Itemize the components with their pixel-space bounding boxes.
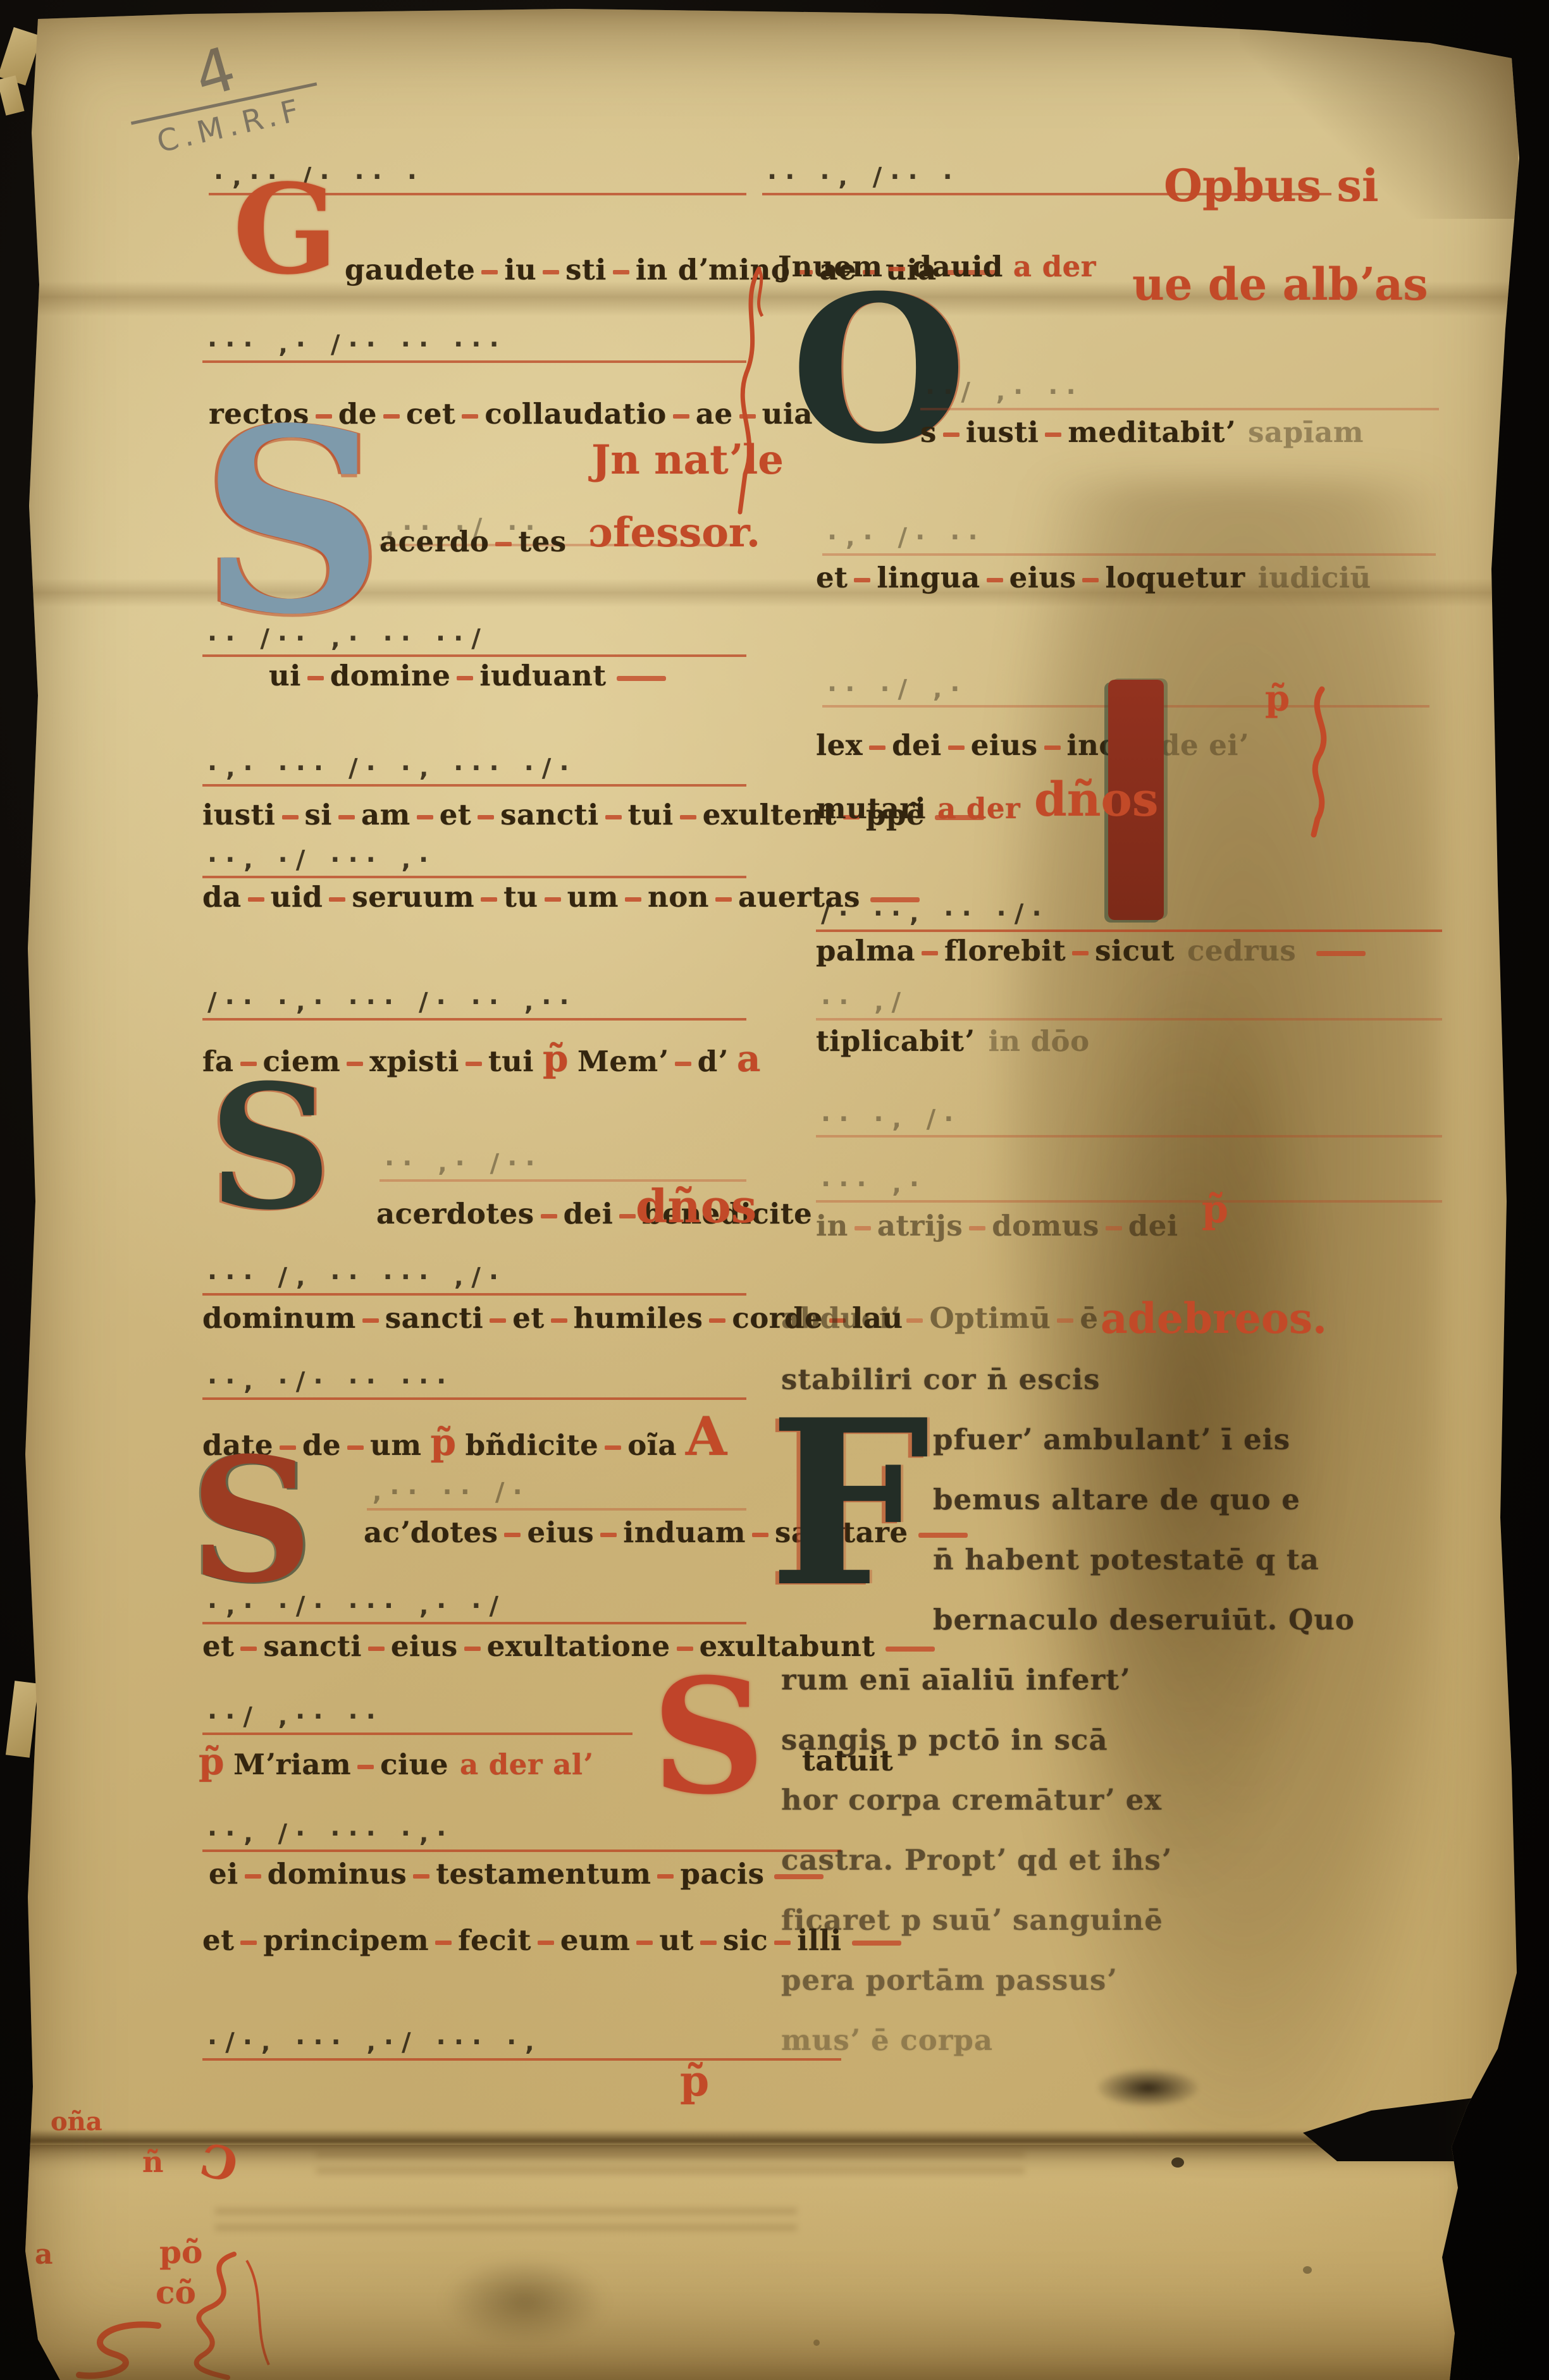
- antiphon-marks: a der: [1013, 250, 1096, 283]
- epistle-prose-line: ficaret p suūʼ sanguinē: [781, 1903, 1163, 1937]
- faded-words: sapīam: [1248, 415, 1364, 449]
- chant-words: siustimeditabitʼ: [920, 415, 1235, 449]
- psalm-sign: p̃: [1265, 678, 1290, 720]
- chant-text-line: dauidseruumtuumnonauertas: [202, 880, 920, 914]
- neumes: ‚·∙ ∙∙ ∕·: [372, 1478, 531, 1507]
- epistle-text-line: abduciʼOptimūē: [781, 1301, 1099, 1335]
- staff-line: ∙∕·‚ ∙·∙ ‚∙∕ ··∙ ∙‚: [202, 1966, 841, 2061]
- initial-S-large-red: S: [651, 1669, 766, 1804]
- chant-text-line: mutaria der: [816, 792, 1020, 825]
- epistle-prose-line: pera portām passusʼ: [781, 1963, 1117, 1997]
- red-margin-mark: ñ: [142, 2145, 163, 2179]
- speck: [1171, 2157, 1184, 2168]
- staff-line: ·∙‚ ∙∕· ∙· ··∙: [202, 1337, 746, 1400]
- rubric-dominus: dños: [1034, 773, 1159, 827]
- psalm-sign: p̃: [1202, 1187, 1228, 1232]
- chant-text-line: lexdeieiusincorde eiʼ: [816, 728, 1249, 762]
- staff-line: ∙·∙ ∕‚ ·∙ ∙∙· ‚∕·: [202, 1233, 746, 1296]
- staff-line: ∕∙ ·∙‚ ∙· ∙∕·: [816, 873, 1442, 932]
- chant-text-line: siustimeditabitʼsapīam: [920, 415, 1364, 449]
- chant-words: tiplicabitʼ: [816, 1024, 975, 1058]
- psalm-sign: p̃: [543, 1037, 569, 1080]
- ink-blot: [1097, 2069, 1199, 2107]
- epistle-prose-line: bemus altare de quo e: [933, 1483, 1300, 1516]
- neumes: ∙· ∕∙∙ ‚· ∙∙ ·∙∕: [207, 624, 489, 653]
- faded-words: iudiciū: [1258, 561, 1371, 594]
- parchment-leaf: 4 C.M.R.F ∙‚·∙ ∕· ∙∙ · G gaudeteiustiin …: [0, 0, 1549, 2380]
- staff-line: ∙· ∕∙∙ ‚· ∙∙ ·∙∕: [202, 591, 746, 657]
- epistle-prose-line: musʼ ē corpa: [781, 2023, 993, 2057]
- neumes: ·∙∕ ‚∙· ∙·: [207, 1702, 384, 1731]
- antiphon-marks: a der alʼ: [460, 1748, 593, 1781]
- red-flourish-doodle: [158, 2248, 297, 2380]
- neumes: ∕∙ ·∙‚ ∙· ∙∕·: [821, 899, 1050, 928]
- epistle-prose-line: hor corpa cremāturʼ ex: [781, 1783, 1162, 1817]
- staff-line: ∙· ·‚ ∕∙: [816, 1075, 1442, 1138]
- antiphon-sign: a: [737, 1037, 761, 1080]
- chant-text-line: palmaflorebitsicutcedrus: [816, 934, 1366, 967]
- red-margin-mark: Ɔ: [196, 2133, 243, 2193]
- red-flourish: [1287, 686, 1350, 838]
- chant-text-line: acerdotes: [380, 525, 567, 558]
- rubric-de-albas: ue de albʼas: [1132, 258, 1428, 310]
- neumes: ·‚∙ ∕· ∙∙: [827, 523, 986, 552]
- epistle-prose-line: bernaculo deseruiūt. Quo: [933, 1603, 1355, 1636]
- neumes: ·∙∙ ‚·: [821, 1170, 927, 1199]
- show-through-smudge: [443, 2257, 607, 2346]
- psalm-sign: p̃: [199, 1740, 225, 1783]
- show-through-text: [215, 2208, 797, 2238]
- show-through-text: [316, 2151, 1025, 2180]
- staff-line: ·‚∙ ∙·· ∕∙ ∙‚ ··∙ ∙∕·: [202, 711, 746, 787]
- neumes: ∙·∕ ‚∙ ··: [925, 377, 1084, 407]
- manuscript-photo: { "document": { "type": "medieval chant …: [0, 0, 1549, 2380]
- initial-F: F: [768, 1407, 930, 1600]
- staff-line: ∕∙· ∙‚∙ ··∙ ∕· ∙∙ ‚∙·: [202, 929, 746, 1021]
- chant-text-line: uidomineiuduant: [269, 659, 666, 692]
- epistle-prose-line: stabiliri cor n̄ escis: [781, 1363, 1100, 1396]
- epistle-prose-line: pfuerʼ ambulantʼ ī eis: [933, 1423, 1290, 1456]
- chant-text-line: eidominustestamentumpacis: [209, 1857, 824, 1891]
- rubric-ad-hebreos: adebreos.: [1101, 1294, 1327, 1343]
- staff-line: ·∙∙ ‚·: [816, 1163, 1442, 1203]
- speck: [813, 2340, 820, 2346]
- chant-text-line: inatrijsdomusdei: [816, 1209, 1178, 1242]
- neumes: ·‚∙ ∙·· ∕∙ ∙‚ ··∙ ∙∕·: [207, 754, 577, 783]
- neumes: ∙∙‚ ·∕ ∙·∙ ‚·: [207, 845, 436, 874]
- rubric-opbus: Opbus si: [1164, 159, 1379, 212]
- chant-text-line: etlinguaeiusloqueturiudiciū: [816, 561, 1371, 594]
- red-margin-note: oña: [51, 2107, 102, 2137]
- neumes: ∙‚· ·∕∙ ∙·· ‚∙ ∙∕: [207, 1592, 507, 1621]
- staff-line: ∙∙‚ ·∕ ∙·∙ ‚·: [202, 841, 746, 878]
- faded-words: cedrus: [1187, 934, 1296, 967]
- epistle-prose-line: sangis p pctō in scā: [781, 1723, 1108, 1757]
- staff-line: ·∙ ‚· ∕∙∙: [380, 1119, 746, 1182]
- faded-words: in dōo: [989, 1024, 1090, 1058]
- staff-line: ‚·∙ ∙∙ ∕·: [367, 1454, 746, 1511]
- parchment-shard: [6, 1681, 39, 1758]
- antiphon-marks: a der: [937, 792, 1020, 825]
- neumes: ∙·‚ ∕∙ ··∙ ∙‚·: [207, 1819, 454, 1848]
- staff-line: ·‚∙ ∕· ∙∙: [822, 500, 1436, 556]
- neumes: ·∙ ‚∕: [821, 988, 909, 1017]
- neumes: ·∙ ‚· ∕∙∙: [385, 1149, 543, 1178]
- neumes: ∕∙· ∙‚∙ ··∙ ∕· ∙∙ ‚∙·: [207, 988, 577, 1017]
- neumes: ·∙∙ ‚∙ ∕·∙ ∙· ∙∙·: [207, 330, 507, 359]
- red-scribble: [70, 2319, 177, 2380]
- staff-line: ∙·∕ ‚∙ ··: [920, 354, 1439, 410]
- red-margin-mark: a: [35, 2238, 53, 2271]
- psalm-sign-end: p̃: [680, 2056, 709, 2106]
- neumes: ∙· ·‚ ∕∙: [821, 1105, 961, 1134]
- red-penwork-flourish: [727, 266, 772, 518]
- speck: [1303, 2266, 1312, 2274]
- chant-words: etlinguaeiusloquetur: [816, 561, 1245, 594]
- staff-line: ·∙∕ ‚∙· ∙·: [202, 1679, 633, 1735]
- staff-line: ∙·‚ ∕∙ ··∙ ∙‚·: [202, 1793, 841, 1852]
- initial-S-dark: S: [209, 1075, 332, 1220]
- neumes: ∙∙ ·∕ ‚·: [827, 675, 968, 704]
- staff-line: ·∙ ‚∕: [816, 981, 1442, 1021]
- chant-words: mutari: [816, 792, 926, 825]
- epistle-prose-line: n̄ habent potestatē q ta: [933, 1543, 1319, 1576]
- neumes: ∙∕·‚ ∙·∙ ‚∙∕ ··∙ ∙‚: [207, 2028, 542, 2057]
- chant-words: lexdeieiusinco: [816, 728, 1136, 762]
- tear-gap: [1303, 2098, 1474, 2161]
- neumes: ·∙ ∙‚ ∕·∙ ·: [767, 163, 961, 192]
- staff-line: ·∙∙ ‚∙ ∕·∙ ∙· ∙∙·: [202, 297, 746, 363]
- neumes: ·∙‚ ∙∕· ∙· ··∙: [207, 1367, 454, 1396]
- neumes: ∙·∙ ∕‚ ·∙ ∙∙· ‚∕·: [207, 1263, 507, 1292]
- chant-text-line: p̃Mʼriamciuea der alʼ: [190, 1740, 593, 1783]
- psalm-incipit: Memʼdʼ: [577, 1045, 728, 1078]
- staff-line: ∙‚· ·∕∙ ∙·· ‚∙ ∙∕: [202, 1562, 746, 1624]
- epistle-prose-line: rum enī aīaliū infertʼ: [781, 1663, 1130, 1696]
- chant-text-line: tiplicabitʼin dōo: [816, 1024, 1090, 1058]
- chant-words: Mʼriamciue: [233, 1748, 448, 1781]
- initial-G: G: [233, 177, 338, 282]
- chant-words: palmaflorebitsicut: [816, 934, 1175, 967]
- epistle-prose-line: castra. Proptʼ qd et ihsʼ: [781, 1843, 1172, 1877]
- rubric-dominus: dños: [636, 1179, 756, 1233]
